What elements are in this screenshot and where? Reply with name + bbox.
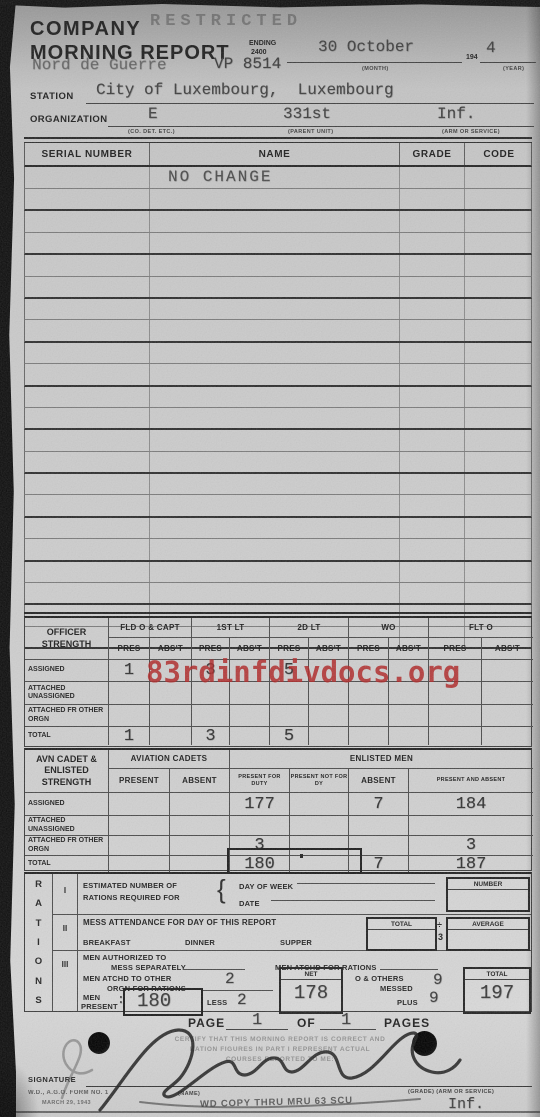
table-row xyxy=(24,233,532,255)
strength-value: 7 xyxy=(348,792,408,815)
number-box-label: NUMBER xyxy=(448,879,528,890)
certification-stamp-line3: COURSES REPORTED TO ME: xyxy=(140,1056,420,1063)
rations-letter: O xyxy=(35,956,42,967)
page-number: 1 xyxy=(252,1011,262,1030)
row-label: ATTACHED FR OTHER ORGN xyxy=(25,835,108,855)
table-row xyxy=(24,320,532,342)
column-group-header: ENLISTED MEN xyxy=(229,750,533,768)
o-others-value: 9 xyxy=(433,971,443,989)
strength-value xyxy=(229,815,289,835)
pages-count-fill xyxy=(320,1029,376,1030)
table-title: OFFICER STRENGTH xyxy=(25,618,108,659)
restricted-stamp: RESTRICTED xyxy=(150,12,302,31)
date-fill-line xyxy=(271,900,435,901)
dinner-label: DINNER xyxy=(185,938,215,947)
strength-value xyxy=(149,726,191,745)
strength-value xyxy=(348,704,388,726)
organization-fill-line xyxy=(108,126,534,127)
net-value: 178 xyxy=(281,982,341,1004)
strength-value: 5 xyxy=(269,726,308,745)
strength-value: 187 xyxy=(408,855,533,873)
table-row xyxy=(24,452,532,474)
rations-numeral-column: I II III xyxy=(53,874,78,1011)
column-header: ABSENT xyxy=(348,768,408,792)
supper-label: SUPPER xyxy=(280,938,312,947)
strength-value xyxy=(481,681,533,704)
numeral-ii: II xyxy=(53,924,77,933)
strength-value: 1 xyxy=(108,726,149,745)
men-present-value: 180 xyxy=(137,990,171,1012)
of-label: OF xyxy=(297,1016,316,1030)
table-row xyxy=(24,583,532,605)
column-header: PRESENT xyxy=(108,768,169,792)
strength-value: 3 xyxy=(408,835,533,855)
row-label: TOTAL xyxy=(25,726,108,745)
strength-value xyxy=(289,815,348,835)
strength-value xyxy=(481,704,533,726)
strength-value xyxy=(169,792,229,815)
station-label: STATION xyxy=(30,91,74,102)
scanned-morning-report: COMPANY MORNING REPORT RESTRICTED ENDING… xyxy=(0,0,540,1117)
strength-value: 177 xyxy=(229,792,289,815)
roster-table: SERIAL NUMBER NAME GRADE CODE NO CHANGE xyxy=(24,137,532,649)
rations-letter: R xyxy=(35,879,42,890)
year-caption: (YEAR) xyxy=(503,66,524,72)
strength-value xyxy=(308,704,348,726)
year-fill-line xyxy=(480,62,536,63)
column-group-header: FLT O xyxy=(428,618,533,637)
strength-value xyxy=(388,704,428,726)
estimated-rations-line2: RATIONS REQUIRED FOR xyxy=(83,893,180,902)
rations-section: RATIONS I II III ESTIMATED NUMBER OF RAT… xyxy=(24,872,532,1012)
org-parent-value: 331st xyxy=(283,105,331,123)
less-value: 2 xyxy=(237,991,247,1009)
brace-glyph: { xyxy=(217,874,226,905)
mess-separately-label: MESS SEPARATELY xyxy=(111,963,186,972)
column-group-header: 1ST LT xyxy=(191,618,269,637)
divide-by-value: 3 xyxy=(438,932,443,942)
table-row xyxy=(24,189,532,211)
net-box: NET 178 xyxy=(279,967,343,1014)
o-others-line2: MESSED xyxy=(380,984,413,993)
strength-value xyxy=(169,835,229,855)
strength-value xyxy=(428,726,481,745)
punch-hole-right xyxy=(412,1031,437,1056)
roster-blank-rows xyxy=(24,189,532,649)
month-caption: (MONTH) xyxy=(362,66,389,72)
strength-value xyxy=(289,792,348,815)
signature-line xyxy=(86,1086,532,1087)
column-header: PRESENT NOT FOR DY xyxy=(289,768,348,792)
numeral-iii: III xyxy=(53,960,77,969)
table-row xyxy=(24,430,532,451)
men-line2: PRESENT xyxy=(81,1002,118,1011)
strength-value xyxy=(481,659,533,681)
table-row xyxy=(24,277,532,299)
rations-letter: S xyxy=(35,995,41,1006)
estimated-rations-line1: ESTIMATED NUMBER OF xyxy=(83,881,177,890)
col-header-grade: GRADE xyxy=(399,143,464,165)
rations-total-box-label: TOTAL xyxy=(465,969,529,980)
year-prefix: 194 xyxy=(466,54,478,61)
year-field-value: 4 xyxy=(486,39,496,57)
certification-stamp-line2: RATION FIGURES IN PART I REPRESENT ACTUA… xyxy=(140,1046,420,1053)
grid-ref-typed: VP 8514 xyxy=(214,55,281,73)
certification-stamp-line1: CERTIFY THAT THIS MORNING REPORT IS CORR… xyxy=(140,1036,420,1043)
less-label: LESS xyxy=(207,998,227,1007)
org-unit-value: E xyxy=(148,105,158,123)
strength-value xyxy=(229,704,269,726)
page-number-fill xyxy=(226,1029,288,1030)
table-row xyxy=(24,211,532,232)
strength-value xyxy=(149,704,191,726)
form-date: MARCH 29, 1943 xyxy=(42,1100,91,1106)
strength-value xyxy=(108,835,169,855)
station-fill-line xyxy=(86,103,534,104)
strength-value xyxy=(191,704,229,726)
column-group-header: 2D LT xyxy=(269,618,348,637)
rations-total-value: 197 xyxy=(465,982,529,1004)
mess-attendance-label: MESS ATTENDANCE FOR DAY OF THIS REPORT xyxy=(83,918,276,927)
row-label: TOTAL xyxy=(25,855,108,873)
numeral-i: I xyxy=(53,886,77,895)
average-box-label: AVERAGE xyxy=(448,919,528,930)
table-row-entry: NO CHANGE xyxy=(24,167,532,189)
month-fill-line xyxy=(287,62,462,63)
section-divider xyxy=(24,612,532,614)
org-caption-parent: (PARENT UNIT) xyxy=(288,129,333,135)
row-label: ASSIGNED xyxy=(25,792,108,815)
strength-value: 184 xyxy=(408,792,533,815)
no-change-entry: NO CHANGE xyxy=(149,167,399,188)
column-header: ABSENT xyxy=(169,768,229,792)
mess-total-box-label: TOTAL xyxy=(368,919,435,930)
site-watermark: 83rdinfdivdocs.org xyxy=(146,655,460,689)
org-caption-arm: (ARM OR SERVICE) xyxy=(442,129,500,135)
strength-value xyxy=(428,704,481,726)
ending-label: ENDING xyxy=(249,40,276,47)
day-of-week-label: DAY OF WEEK xyxy=(239,882,293,891)
strength-value: 3 xyxy=(191,726,229,745)
strength-value xyxy=(108,815,169,835)
table-row xyxy=(24,539,532,561)
table-row xyxy=(24,518,532,539)
hand-drawn-total-box xyxy=(227,848,362,874)
pen-dot xyxy=(300,854,303,858)
plus-label: PLUS xyxy=(397,998,418,1007)
strength-value: 1 xyxy=(108,659,149,681)
table-row xyxy=(24,343,532,364)
atchd-other-value: 2 xyxy=(225,970,235,988)
mess-separately-fill xyxy=(183,969,245,970)
strength-value xyxy=(169,855,229,873)
punch-hole-left xyxy=(88,1032,110,1054)
grid-note-typed: Nord de Guerre xyxy=(32,56,166,74)
col-header-serial-number: SERIAL NUMBER xyxy=(25,143,149,165)
rations-divider-1 xyxy=(53,914,531,915)
table-row xyxy=(24,408,532,430)
col-header-name: NAME xyxy=(149,143,399,165)
strength-value xyxy=(481,726,533,745)
average-box: AVERAGE xyxy=(446,917,530,951)
men-authorized-label: MEN AUTHORIZED TO xyxy=(83,953,166,962)
date-label: DATE xyxy=(239,899,260,908)
column-group-header: WO xyxy=(348,618,428,637)
company-title: COMPANY xyxy=(30,18,141,41)
pages-label: PAGES xyxy=(384,1016,430,1030)
table-row xyxy=(24,562,532,583)
atchd-other-line1: MEN ATCHD TO OTHER xyxy=(83,974,171,983)
strength-value xyxy=(308,726,348,745)
column-header: ABS'T xyxy=(481,637,533,659)
strength-value xyxy=(108,704,149,726)
organization-label: ORGANIZATION xyxy=(30,114,107,125)
table-row xyxy=(24,387,532,408)
pages-count: 1 xyxy=(341,1011,351,1030)
rations-letter: A xyxy=(35,898,42,909)
row-label: ATTACHED UNASSIGNED xyxy=(25,815,108,835)
column-header: PRESENT FOR DUTY xyxy=(229,768,289,792)
rations-side-label: RATIONS xyxy=(25,874,53,1011)
scan-corner-blot xyxy=(0,1057,40,1117)
name-caption: (NAME) xyxy=(178,1091,200,1097)
strength-value xyxy=(108,792,169,815)
page-label: PAGE xyxy=(188,1016,225,1030)
col-header-code: CODE xyxy=(464,143,533,165)
table-row xyxy=(24,255,532,276)
rations-letter: I xyxy=(37,937,40,948)
table-title: AVN CADET & ENLISTED STRENGTH xyxy=(25,750,108,792)
table-row xyxy=(24,474,532,495)
men-line1: MEN xyxy=(83,993,100,1002)
row-label: ASSIGNED xyxy=(25,659,108,681)
plus-value: 9 xyxy=(429,989,439,1007)
column-header: PRESENT AND ABSENT xyxy=(408,768,533,792)
row-label: ATTACHED UNASSIGNED xyxy=(25,681,108,704)
bottom-edge-line xyxy=(0,1111,540,1113)
rations-letter: T xyxy=(36,918,42,929)
day-of-week-fill-line xyxy=(297,883,435,884)
strength-value xyxy=(229,726,269,745)
strength-value xyxy=(108,681,149,704)
divide-sign: ÷ xyxy=(437,920,442,930)
table-row xyxy=(24,299,532,320)
column-header: PRES xyxy=(108,637,149,659)
roster-table-header: SERIAL NUMBER NAME GRADE CODE xyxy=(24,143,532,167)
org-caption-co: (CO. DET. ETC.) xyxy=(128,129,175,135)
month-field-value: 30 October xyxy=(318,38,414,56)
number-box: NUMBER xyxy=(446,877,530,912)
form-number: W.D., A.G.O. FORM NO. 1 xyxy=(28,1090,109,1096)
strength-value xyxy=(269,704,308,726)
table-row xyxy=(24,495,532,517)
atchd-for-rations-fill xyxy=(380,969,438,970)
strength-value xyxy=(388,726,428,745)
net-box-label: NET xyxy=(281,969,341,980)
column-group-header: AVIATION CADETS xyxy=(108,750,229,768)
rations-letter: N xyxy=(35,976,42,987)
strength-value xyxy=(169,815,229,835)
rations-total-box: TOTAL 197 xyxy=(463,967,531,1014)
org-arm-value: Inf. xyxy=(437,105,475,123)
grade-caption: (GRADE) (ARM OR SERVICE) xyxy=(408,1089,494,1095)
breakfast-label: BREAKFAST xyxy=(83,938,131,947)
column-group-header: FLD O & CAPT xyxy=(108,618,191,637)
mess-total-box: TOTAL xyxy=(366,917,437,951)
station-value: City of Luxembourg, Luxembourg xyxy=(96,81,394,99)
table-row xyxy=(24,364,532,386)
strength-value xyxy=(348,815,408,835)
strength-value xyxy=(348,726,388,745)
o-others-line1: O & OTHERS xyxy=(355,974,404,983)
strength-value xyxy=(408,815,533,835)
strength-value xyxy=(108,855,169,873)
row-label: ATTACHED FR OTHER ORGN xyxy=(25,704,108,726)
